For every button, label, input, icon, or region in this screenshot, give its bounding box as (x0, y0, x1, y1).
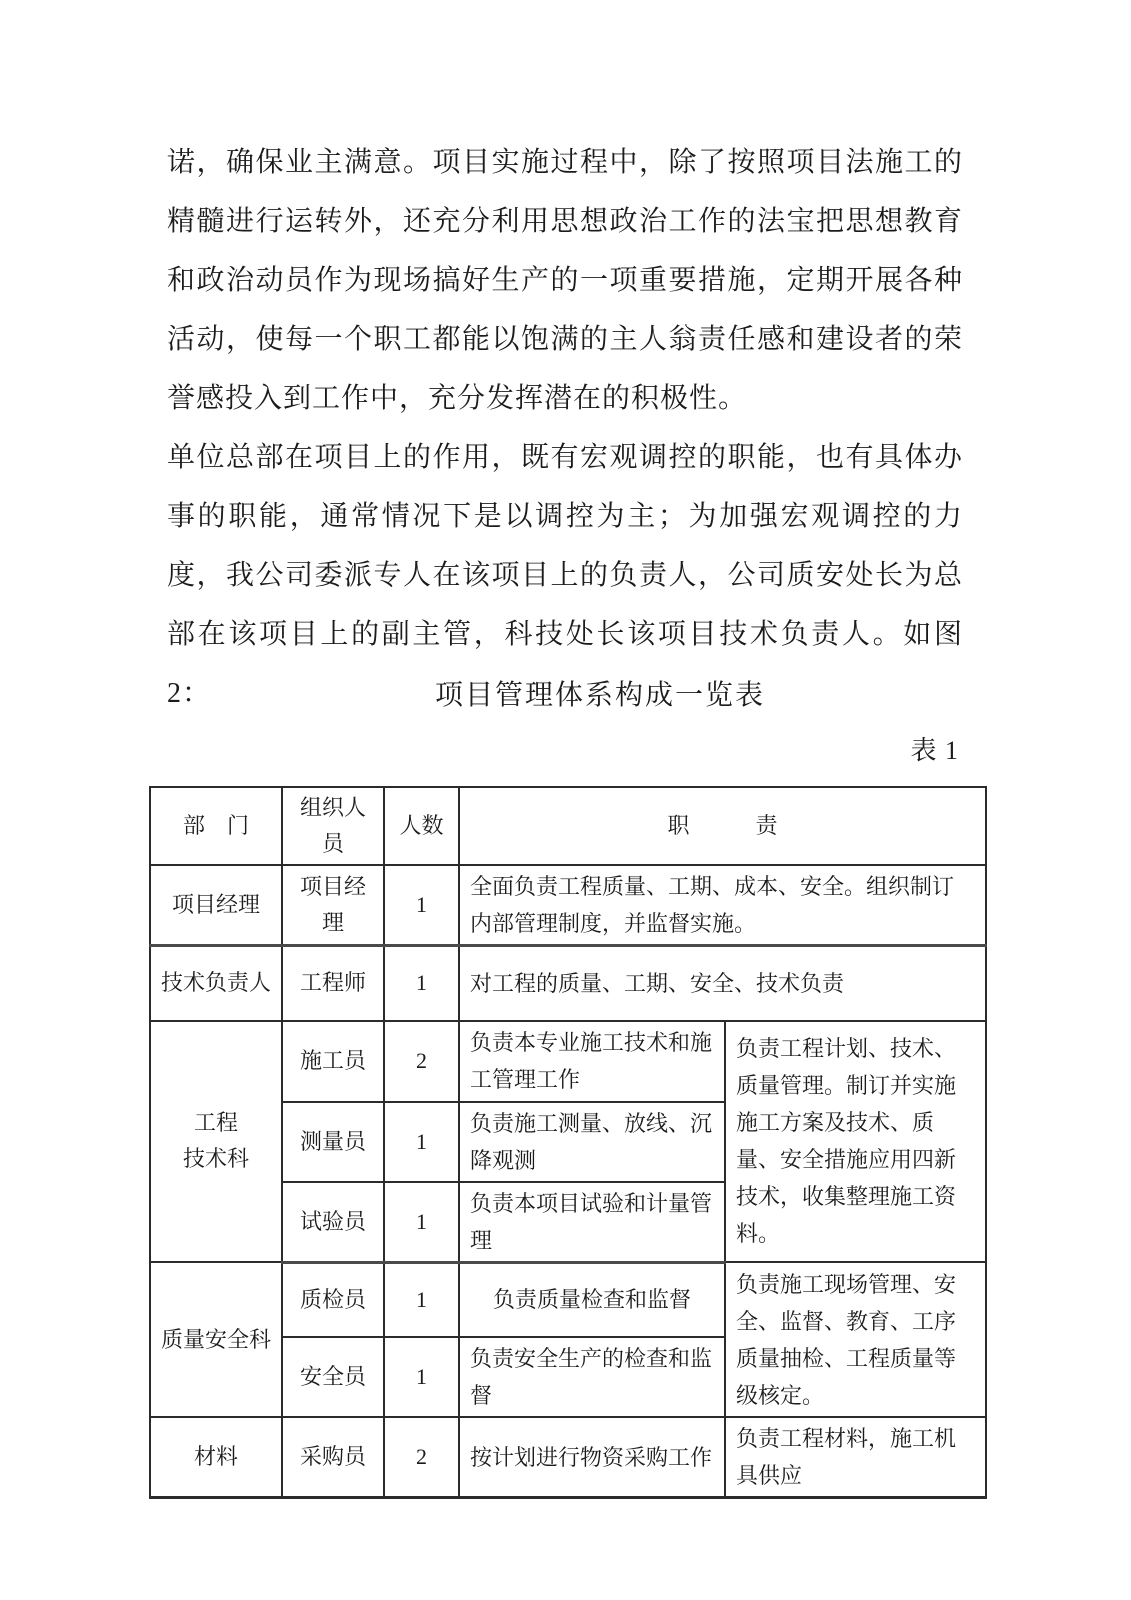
cell-count: 1 (384, 1102, 459, 1182)
cell-staff: 试验员 (282, 1182, 384, 1263)
header-duty: 职 责 (459, 787, 986, 865)
cell-count: 1 (384, 1182, 459, 1263)
cell-staff: 安全员 (282, 1337, 384, 1417)
cell-duty: 负责安全生产的检查和监督 (459, 1337, 725, 1417)
cell-duty: 负责本项目试验和计量管理 (459, 1182, 725, 1263)
org-structure-table: 部 门 组织人员 人数 职 责 项目经理 项目经理 1 全面负责工程质量、工期、… (149, 786, 987, 1499)
cell-count: 1 (384, 946, 459, 1021)
cell-duty: 全面负责工程质量、工期、成本、安全。组织制订内部管理制度，并监督实施。 (459, 865, 986, 946)
cell-dept: 质量安全科 (150, 1262, 282, 1417)
header-dept: 部 门 (150, 787, 282, 865)
table-row: 质量安全科 质检员 1 负责质量检查和监督 负责施工现场管理、安全、监督、教育、… (150, 1262, 986, 1337)
cell-dept: 工程 技术科 (150, 1021, 282, 1263)
table-caption: 表 1 (167, 729, 959, 773)
cell-duty: 负责质量检查和监督 (459, 1262, 725, 1337)
cell-dept: 项目经理 (150, 865, 282, 946)
cell-duty: 按计划进行物资采购工作 (459, 1417, 725, 1498)
cell-count: 1 (384, 865, 459, 946)
cell-dept: 技术负责人 (150, 946, 282, 1021)
cell-staff: 工程师 (282, 946, 384, 1021)
cell-staff: 项目经理 (282, 865, 384, 946)
table-row: 材料 采购员 2 按计划进行物资采购工作 负责工程材料，施工机具供应 (150, 1417, 986, 1498)
table-title: 项目管理体系构成一览表 (167, 672, 963, 720)
cell-staff: 施工员 (282, 1021, 384, 1102)
table-header-row: 部 门 组织人员 人数 职 责 (150, 787, 986, 865)
cell-dept: 材料 (150, 1417, 282, 1498)
body-paragraph-1: 诺，确保业主满意。项目实施过程中，除了按照项目法施工的精髓进行运转外，还充分利用… (167, 133, 963, 428)
cell-shared-duty: 负责工程材料，施工机具供应 (725, 1417, 986, 1498)
header-staff: 组织人员 (282, 787, 384, 865)
table-row: 工程 技术科 施工员 2 负责本专业施工技术和施工管理工作 负责工程计划、技术、… (150, 1021, 986, 1102)
cell-shared-duty: 负责工程计划、技术、质量管理。制订并实施施工方案及技术、质量、安全措施应用四新技… (725, 1021, 986, 1263)
cell-count: 1 (384, 1337, 459, 1417)
header-count: 人数 (384, 787, 459, 865)
table-row: 技术负责人 工程师 1 对工程的质量、工期、安全、技术负责 (150, 946, 986, 1021)
body-text-block: 诺，确保业主满意。项目实施过程中，除了按照项目法施工的精髓进行运转外，还充分利用… (167, 133, 963, 723)
table-row: 项目经理 项目经理 1 全面负责工程质量、工期、成本、安全。组织制订内部管理制度… (150, 865, 986, 946)
cell-staff: 质检员 (282, 1262, 384, 1337)
cell-count: 2 (384, 1021, 459, 1102)
document-page: 诺，确保业主满意。项目实施过程中，除了按照项目法施工的精髓进行运转外，还充分利用… (0, 0, 1131, 1600)
cell-count: 2 (384, 1417, 459, 1498)
cell-duty: 对工程的质量、工期、安全、技术负责 (459, 946, 986, 1021)
cell-shared-duty: 负责施工现场管理、安全、监督、教育、工序质量抽检、工程质量等级核定。 (725, 1262, 986, 1417)
cell-duty: 负责施工测量、放线、沉降观测 (459, 1102, 725, 1182)
cell-staff: 采购员 (282, 1417, 384, 1498)
cell-staff: 测量员 (282, 1102, 384, 1182)
cell-count: 1 (384, 1262, 459, 1337)
cell-duty: 负责本专业施工技术和施工管理工作 (459, 1021, 725, 1102)
